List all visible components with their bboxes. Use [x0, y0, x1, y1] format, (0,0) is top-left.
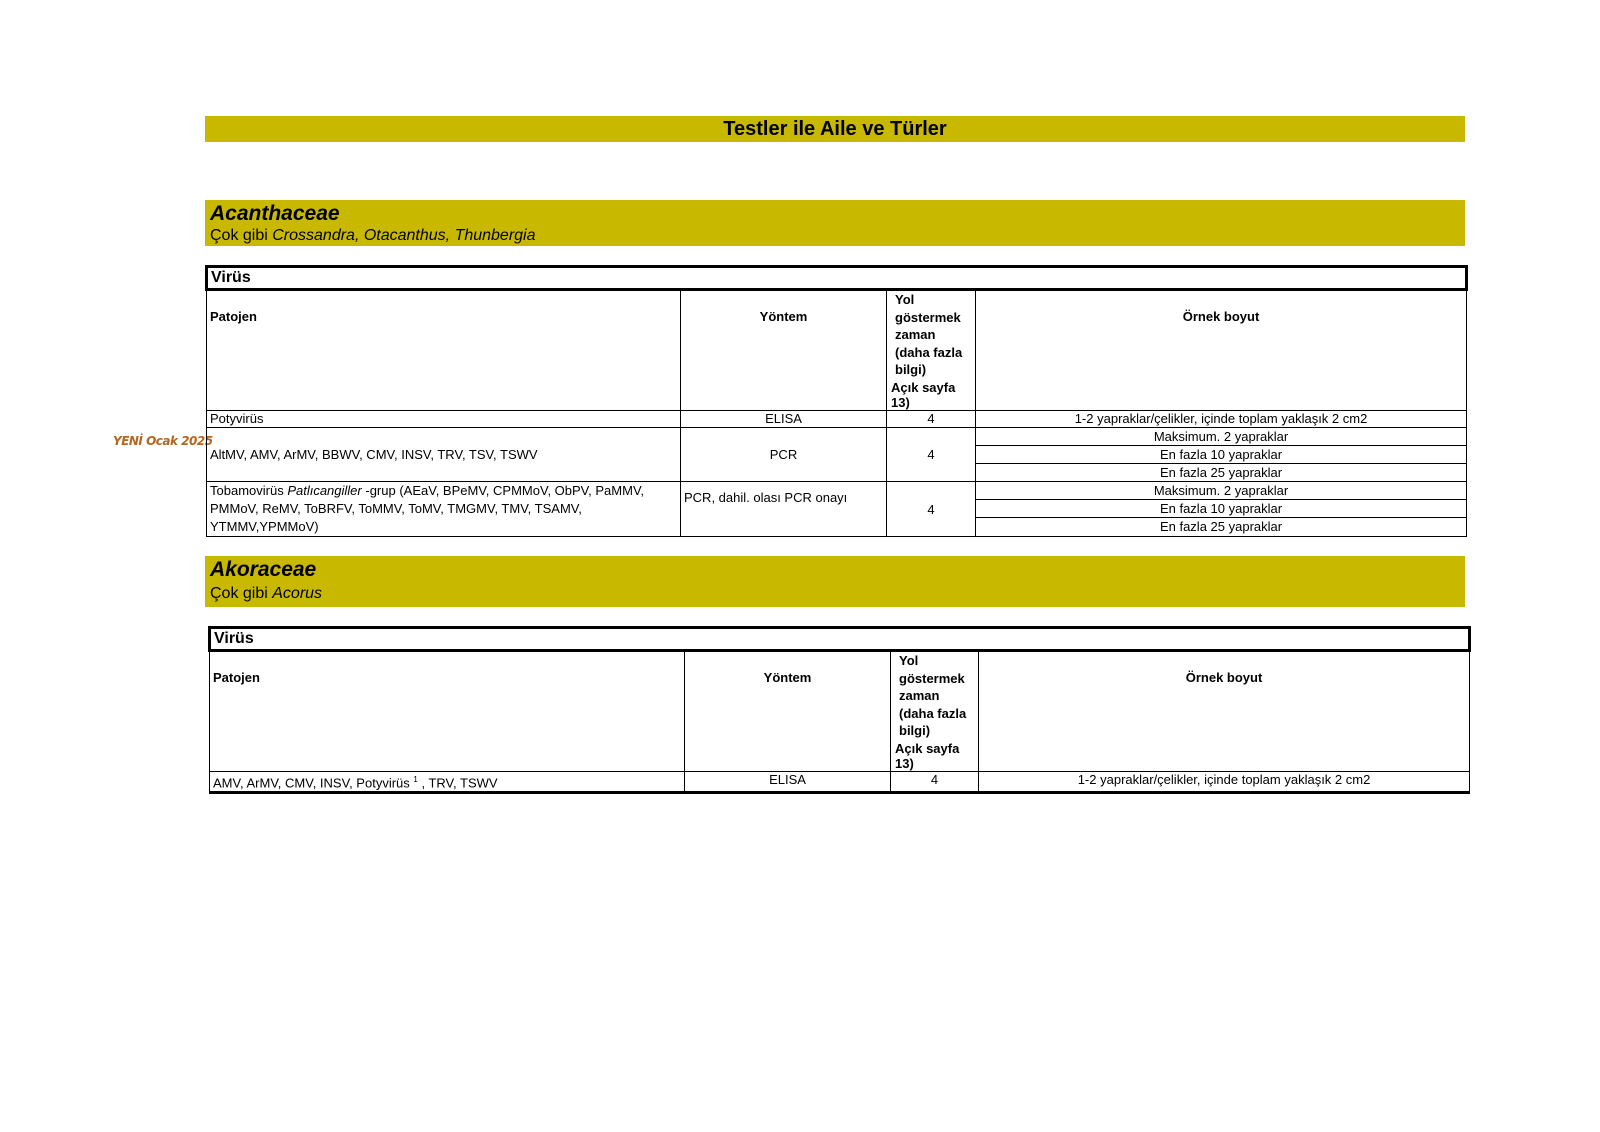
header-lead-time: Yol göstermek zaman (daha fazla bilgi) A… — [887, 290, 976, 411]
cell-pathogen: AMV, ArMV, CMV, INSV, Potyvirüs 1 , TRV,… — [210, 772, 685, 793]
cell-method: PCR, dahil. olası PCR onayı — [681, 482, 887, 537]
virus-table-akoraceae: Virüs Patojen Yöntem Yol göstermek zaman… — [208, 626, 1471, 794]
family-name: Acanthaceae — [205, 200, 1465, 226]
cell-pathogen: AltMV, AMV, ArMV, BBWV, CMV, INSV, TRV, … — [207, 428, 681, 482]
table-row: AMV, ArMV, CMV, INSV, Potyvirüs 1 , TRV,… — [210, 772, 1470, 793]
cell-sample-sizes: Maksimum. 2 yapraklar En fazla 10 yaprak… — [976, 428, 1467, 482]
header-sample-size: Örnek boyut — [976, 290, 1467, 411]
family-header-acanthaceae: Acanthaceae Çok gibi Crossandra, Otacant… — [205, 200, 1465, 246]
header-pathogen: Patojen — [210, 651, 685, 772]
cell-method: ELISA — [681, 411, 887, 428]
header-method: Yöntem — [681, 290, 887, 411]
sample-size-option: En fazla 10 yapraklar — [976, 500, 1466, 518]
cell-lead-time: 4 — [891, 772, 979, 793]
sample-size-option: Maksimum. 2 yapraklar — [976, 482, 1466, 500]
cell-sample-size: 1-2 yapraklar/çelikler, içinde toplam ya… — [976, 411, 1467, 428]
family-genera: Çok gibi Crossandra, Otacanthus, Thunber… — [205, 226, 1465, 246]
sample-size-option: En fazla 25 yapraklar — [976, 518, 1466, 535]
header-lead-time: Yol göstermek zaman (daha fazla bilgi) A… — [891, 651, 979, 772]
cell-method: PCR — [681, 428, 887, 482]
virus-table-acanthaceae: Virüs Patojen Yöntem Yol göstermek zaman… — [205, 265, 1468, 537]
header-sample-size: Örnek boyut — [979, 651, 1470, 772]
cell-pathogen: Potyvirüs — [207, 411, 681, 428]
table-row: AltMV, AMV, ArMV, BBWV, CMV, INSV, TRV, … — [207, 428, 1467, 482]
family-header-akoraceae: Akoraceae Çok gibi Acorus — [205, 556, 1465, 607]
page-title: Testler ile Aile ve Türler — [205, 116, 1465, 142]
table-caption: Virüs — [210, 628, 1470, 651]
cell-lead-time: 4 — [887, 482, 976, 537]
cell-method: ELISA — [685, 772, 891, 793]
table-caption: Virüs — [207, 267, 1467, 290]
sample-size-option: En fazla 10 yapraklar — [976, 446, 1466, 464]
header-method: Yöntem — [685, 651, 891, 772]
table-row: Tobamovirüs Patlıcangiller -grup (AEaV, … — [207, 482, 1467, 537]
family-genera: Çok gibi Acorus — [205, 582, 1465, 604]
new-badge-note: YENİ Ocak 2025 — [113, 434, 213, 448]
cell-sample-size: 1-2 yapraklar/çelikler, içinde toplam ya… — [979, 772, 1470, 793]
table-row: Potyvirüs ELISA 4 1-2 yapraklar/çelikler… — [207, 411, 1467, 428]
cell-sample-sizes: Maksimum. 2 yapraklar En fazla 10 yaprak… — [976, 482, 1467, 537]
cell-lead-time: 4 — [887, 428, 976, 482]
header-pathogen: Patojen — [207, 290, 681, 411]
cell-lead-time: 4 — [887, 411, 976, 428]
cell-pathogen: Tobamovirüs Patlıcangiller -grup (AEaV, … — [207, 482, 681, 537]
sample-size-option: Maksimum. 2 yapraklar — [976, 428, 1466, 446]
sample-size-option: En fazla 25 yapraklar — [976, 464, 1466, 481]
family-name: Akoraceae — [205, 556, 1465, 582]
